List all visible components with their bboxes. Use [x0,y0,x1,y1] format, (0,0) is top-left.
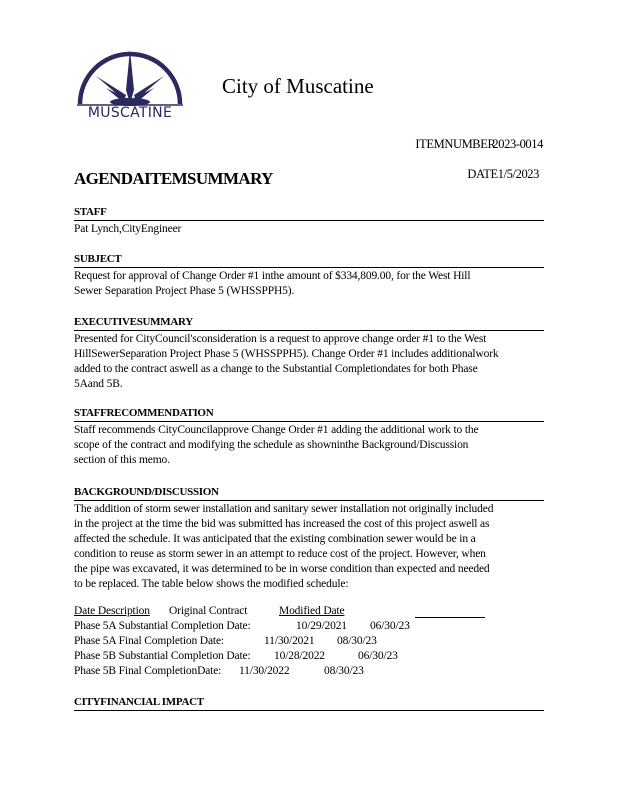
date-value: 1/5/2023 [498,167,539,181]
section-heading: STAFFRECOMMENDATION [74,407,544,422]
section-subject: SUBJECT Request for approval of Change O… [74,253,544,299]
logo-text: MUSCATINE [77,105,183,121]
section-staff: STAFF Pat Lynch,CityEngineer [74,206,544,237]
body-line: 5Aand 5B. [74,377,544,392]
col-header-date-description: Date Description [74,604,150,619]
blank-underline [415,617,485,618]
section-body: The addition of storm sewer installation… [74,502,544,592]
section-heading: CITYFINANCIAL IMPACT [74,696,544,711]
section-financial-impact: CITYFINANCIAL IMPACT [74,696,544,711]
body-line: section of this memo. [74,453,544,468]
section-body: Pat Lynch,CityEngineer [74,222,544,237]
section-staff-recommendation: STAFFRECOMMENDATION Staff recommends Cit… [74,407,544,468]
body-line: Presented for CityCouncil'sconsideration… [74,332,544,347]
row-modified: 06/30/23 [358,649,398,664]
section-heading: STAFF [74,206,544,221]
body-line: scope of the contract and modifying the … [74,438,544,453]
row-modified: 08/30/23 [324,664,364,679]
body-line: HillSewerSeparation Project Phase 5 (WHS… [74,347,544,362]
row-modified: 06/30/23 [370,619,410,634]
city-logo: MUSCATINE [74,48,186,124]
col-header-modified-date: Modified Date [279,604,344,619]
section-executive-summary: EXECUTIVESUMMARY Presented for CityCounc… [74,316,544,392]
body-line: The addition of storm sewer installation… [74,502,544,517]
body-line: to be replaced. The table below shows th… [74,577,544,592]
row-description: Phase 5A Final Completion Date: [74,634,224,649]
body-line: Sewer Separation Project Phase 5 (WHSSPP… [74,284,544,299]
section-body: Staff recommends CityCouncilapprove Chan… [74,423,544,468]
body-line: condition to reuse as storm sewer in an … [74,547,544,562]
body-line: in the project at the time the bid was s… [74,517,544,532]
col-header-original-contract: Original Contract [169,604,247,619]
row-description: Phase 5A Substantial Completion Date: [74,619,251,634]
section-body: Presented for CityCouncil'sconsideration… [74,332,544,392]
row-original: 11/30/2021 [264,634,314,649]
section-heading: SUBJECT [74,253,544,268]
body-line: Staff recommends CityCouncilapprove Chan… [74,423,544,438]
section-background-discussion: BACKGROUND/DISCUSSION The addition of st… [74,486,544,592]
row-original: 10/28/2022 [274,649,325,664]
row-original: 11/30/2022 [239,664,289,679]
item-number: ITEMNUMBER2023-0014 [415,137,543,152]
body-line: affected the schedule. It was anticipate… [74,532,544,547]
row-original: 10/29/2021 [296,619,347,634]
section-body: Request for approval of Change Order #1 … [74,269,544,299]
row-description: Phase 5B Substantial Completion Date: [74,649,251,664]
section-heading: BACKGROUND/DISCUSSION [74,486,544,501]
body-line: Request for approval of Change Order #1 … [74,269,544,284]
row-description: Phase 5B Final CompletionDate: [74,664,221,679]
item-number-label: ITEMNUMBER [415,137,495,151]
row-modified: 08/30/23 [337,634,377,649]
body-line: added to the contract aswell as a change… [74,362,544,377]
section-heading: EXECUTIVESUMMARY [74,316,544,331]
date: DATE1/5/2023 [467,167,539,182]
city-title: City of Muscatine [222,74,374,99]
date-label: DATE [467,167,497,181]
item-number-value: 2023-0014 [492,137,543,151]
body-line: the pipe was excavated, it was determine… [74,562,544,577]
document-title: AGENDAITEMSUMMARY [74,169,273,189]
